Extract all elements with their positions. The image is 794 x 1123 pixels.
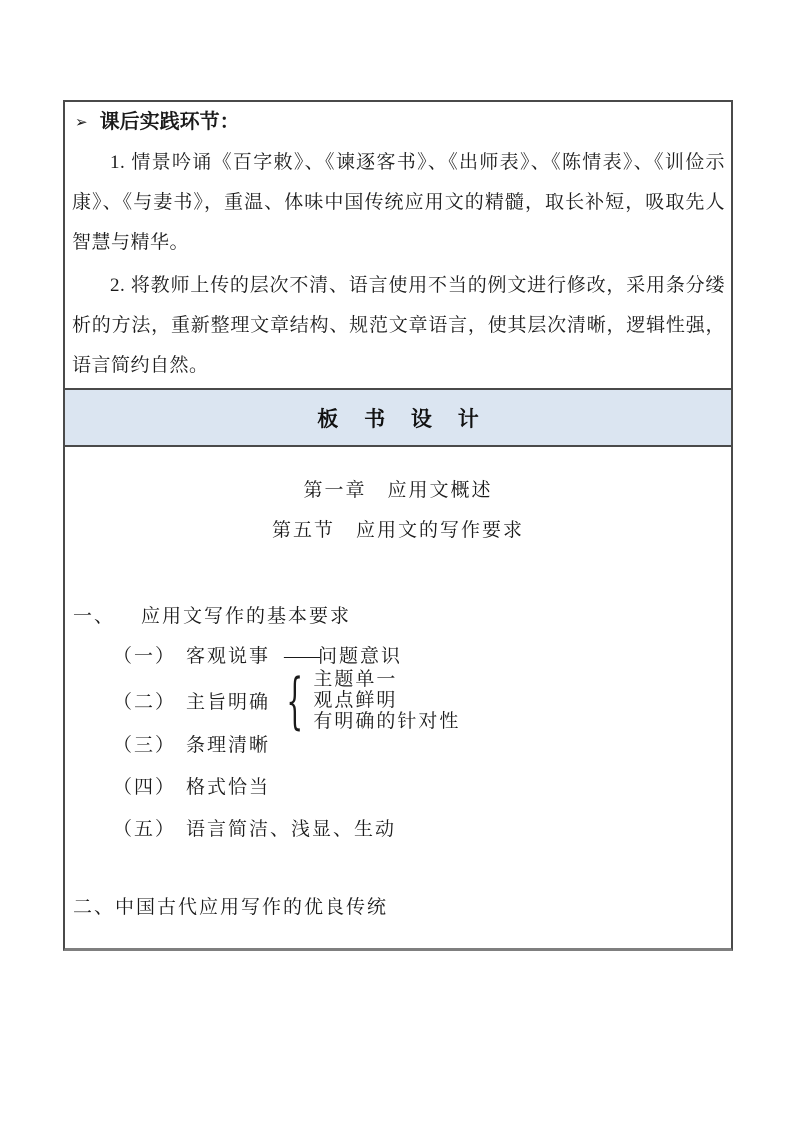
section-title: 第五节 应用文的写作要求 [65,519,731,543]
part1-heading: 一、应用文写作的基本要求 [65,605,731,629]
part2-heading: 二、中国古代应用写作的优良传统 [65,896,731,920]
item2-sub-list: 主题单一 观点鲜明 有明确的针对性 [313,669,460,732]
chapter-title: 第一章 应用文概述 [65,479,731,503]
item2-text: 主旨明确 [186,687,270,714]
item5-label: （五） [113,819,176,840]
practice-paragraph-1: 1. 情景吟诵《百字敕》、《谏逐客书》、《出师表》、《陈情表》、《训俭示康》、《… [65,143,731,263]
item1-note: 问题意识 [318,646,402,667]
board-item-5: （五）语言简洁、浅显、生动 [65,818,731,842]
left-brace-icon: { [286,666,303,736]
board-item-4: （四）格式恰当 [65,776,731,800]
item4-text: 格式恰当 [186,777,270,798]
part2-number: 二、 [73,897,115,918]
item2-sub-item-2: 观点鲜明 [313,690,460,711]
item3-label: （三） [113,735,176,756]
practice-paragraph-2: 2. 将教师上传的层次不清、语言使用不当的例文进行修改，采用条分缕析的方法，重新… [65,266,731,386]
item3-text: 条理清晰 [186,735,270,756]
part1-number: 一、 [73,606,115,627]
board-item-1: （一）客观说事——问题意识 [65,645,731,669]
board-design-content: 第一章 应用文概述 第五节 应用文的写作要求 一、应用文写作的基本要求 （一）客… [65,447,731,948]
item4-label: （四） [113,777,176,798]
board-item-2: （二）主旨明确 { 主题单一 观点鲜明 有明确的针对性 [65,669,731,732]
item5-text: 语言简洁、浅显、生动 [186,819,396,840]
item1-text: 客观说事 [186,646,270,667]
item1-dash-connector: —— [284,646,318,667]
board-design-header-row: 板 书 设 计 [65,388,731,447]
practice-heading-label: 课后实践环节： [100,109,240,135]
board-item-3: （三）条理清晰 [65,734,731,758]
lesson-plan-table: ➢ 课后实践环节： 1. 情景吟诵《百字敕》、《谏逐客书》、《出师表》、《陈情表… [63,100,733,951]
board-design-title: 板 书 设 计 [307,403,489,433]
practice-section: ➢ 课后实践环节： 1. 情景吟诵《百字敕》、《谏逐客书》、《出师表》、《陈情表… [65,102,731,388]
item2-sub-item-3: 有明确的针对性 [313,711,460,732]
item1-label: （一） [113,646,176,667]
practice-heading: ➢ 课后实践环节： [75,109,731,135]
item2-sub-item-1: 主题单一 [313,669,460,690]
part2-title: 中国古代应用写作的优良传统 [115,897,388,918]
arrow-bullet-icon: ➢ [75,115,88,130]
document-page: ➢ 课后实践环节： 1. 情景吟诵《百字敕》、《谏逐客书》、《出师表》、《陈情表… [0,0,794,1123]
item2-label: （二） [113,687,176,714]
part1-title: 应用文写作的基本要求 [141,606,351,627]
